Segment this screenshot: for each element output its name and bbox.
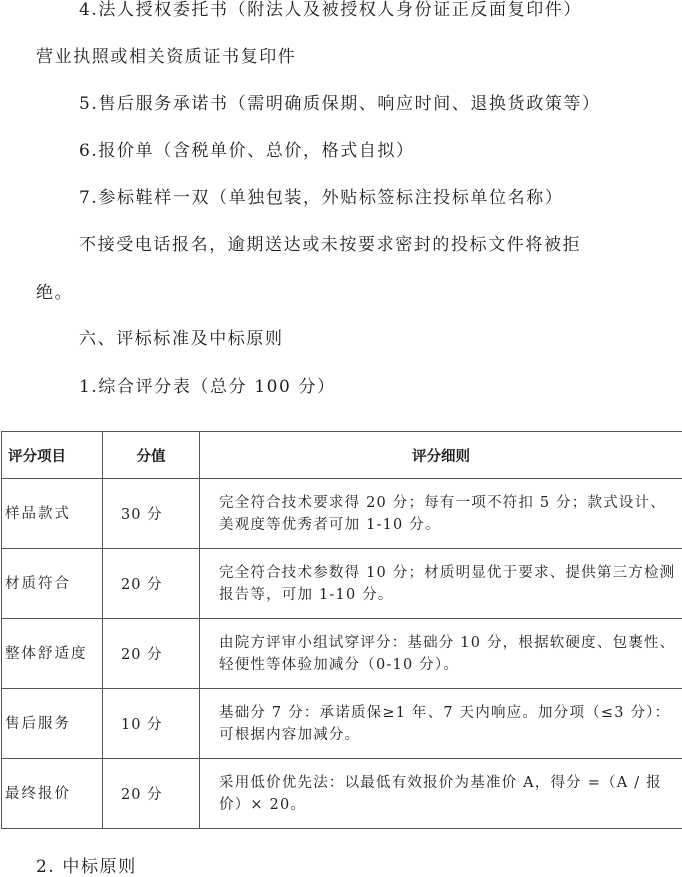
cell-score: 20 分 <box>103 549 200 619</box>
cell-item: 最终报价 <box>2 759 103 829</box>
cell-score: 10 分 <box>103 689 200 759</box>
paragraph-after-sales-commitment: 5.售后服务承诺书（需明确质保期、响应时间、退换货政策等） <box>79 94 601 114</box>
cell-item: 售后服务 <box>2 689 103 759</box>
table-row: 售后服务 10 分 基础分 7 分：承诺质保≥1 年、7 天内响应。加分项（≤3… <box>2 689 682 759</box>
cell-detail: 由院方评审小组试穿评分：基础分 10 分，根据软硬度、包裹性、轻便性等体验加减分… <box>200 619 682 689</box>
subheading-score-table: 1.综合评分表（总分 100 分） <box>79 377 336 397</box>
cell-detail: 完全符合技术参数得 10 分；材质明显优于要求、提供第三方检测报告等，可加 1-… <box>200 549 682 619</box>
header-score: 分值 <box>103 432 200 479</box>
table-row: 整体舒适度 20 分 由院方评审小组试穿评分：基础分 10 分，根据软硬度、包裹… <box>2 619 682 689</box>
cell-item: 样品款式 <box>2 479 103 549</box>
paragraph-power-of-attorney: 4.法人授权委托书（附法人及被授权人身份证正反面复印件） <box>79 0 582 20</box>
cell-score: 20 分 <box>103 759 200 829</box>
cell-detail: 完全符合技术要求得 20 分；每有一项不符扣 5 分；款式设计、美观度等优秀者可… <box>200 479 682 549</box>
paragraph-business-license: 营业执照或相关资质证书复印件 <box>36 47 296 67</box>
cell-detail: 采用低价优先法：以最低有效报价为基准价 A，得分 =（A / 报价）× 20。 <box>200 759 682 829</box>
paragraph-rejection-notice: 不接受电话报名，逾期送达或未按要求密封的投标文件将被拒 <box>79 235 581 255</box>
paragraph-sample-shoes: 7.参标鞋样一双（单独包装，外贴标签标注投标单位名称） <box>79 188 563 208</box>
paragraph-rejection-notice-cont: 绝。 <box>36 283 73 303</box>
cell-detail: 基础分 7 分：承诺质保≥1 年、7 天内响应。加分项（≤3 分）：可根据内容加… <box>200 689 682 759</box>
header-detail: 评分细则 <box>200 432 682 479</box>
cell-item: 材质符合 <box>2 549 103 619</box>
subheading-award-principle: 2. 中标原则 <box>36 857 137 877</box>
section-heading-evaluation: 六、评标标准及中标原则 <box>79 329 284 349</box>
table-header-row: 评分项目 分值 评分细则 <box>2 432 682 479</box>
table-row: 材质符合 20 分 完全符合技术参数得 10 分；材质明显优于要求、提供第三方检… <box>2 549 682 619</box>
paragraph-quotation: 6.报价单（含税单价、总价，格式自拟） <box>79 141 415 161</box>
cell-item: 整体舒适度 <box>2 619 103 689</box>
table-row: 样品款式 30 分 完全符合技术要求得 20 分；每有一项不符扣 5 分；款式设… <box>2 479 682 549</box>
header-item: 评分项目 <box>2 432 103 479</box>
table-row: 最终报价 20 分 采用低价优先法：以最低有效报价为基准价 A，得分 =（A /… <box>2 759 682 829</box>
score-table: 评分项目 分值 评分细则 样品款式 30 分 完全符合技术要求得 20 分；每有… <box>1 431 682 829</box>
cell-score: 30 分 <box>103 479 200 549</box>
cell-score: 20 分 <box>103 619 200 689</box>
